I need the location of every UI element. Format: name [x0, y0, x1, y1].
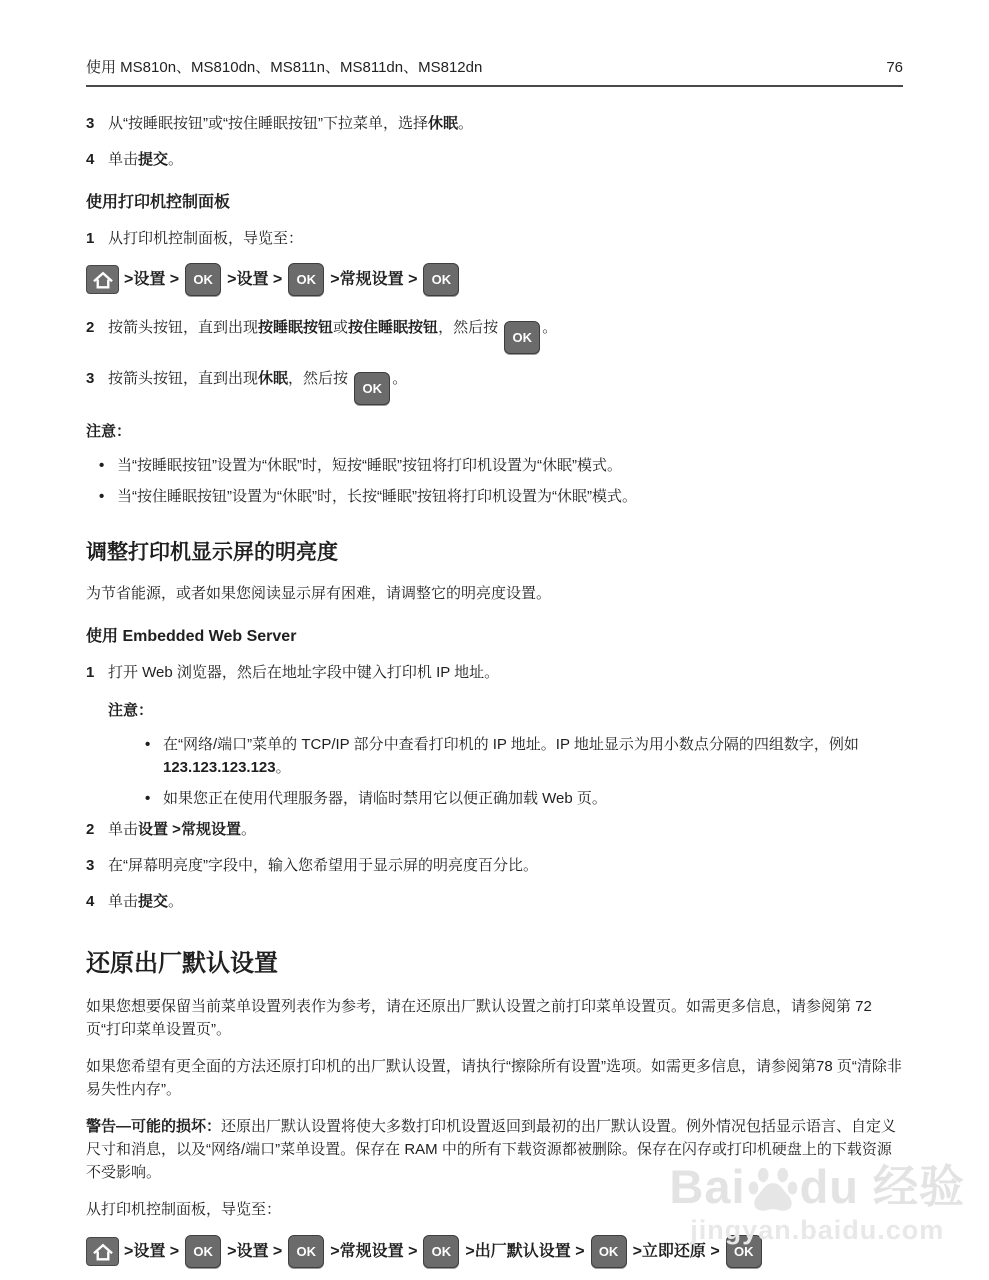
bullet-text: 当“按住睡眠按钮”设置为“休眠”时，长按“睡眠”按钮将打印机设置为“休眠”模式。: [117, 485, 637, 508]
home-icon: [86, 1237, 119, 1266]
bullet-text: 当“按睡眠按钮”设置为“休眠”时，短按“睡眠”按钮将打印机设置为“休眠”模式。: [117, 454, 622, 477]
body-text: 。: [276, 759, 291, 776]
emphasis-text: 休眠: [258, 370, 288, 387]
body-text: 。: [241, 821, 256, 838]
step-text: 按箭头按钮，直到出现休眠，然后按 OK。: [108, 367, 905, 405]
body-text: 为节省能源，或者如果您阅读显示屏有困难，请调整它的明亮度设置。: [86, 585, 551, 602]
step-number: 1: [86, 227, 108, 250]
emphasis-text: 休眠: [428, 115, 458, 132]
manual-page: 使用 MS810n、MS810dn、MS811n、MS811dn、MS812dn…: [0, 0, 989, 1280]
step: 1打开 Web 浏览器，然后在地址字段中键入打印机 IP 地址。: [86, 661, 905, 684]
step-number: 4: [86, 890, 108, 913]
body-text: 。: [392, 370, 407, 387]
header-title: 使用 MS810n、MS810dn、MS811n、MS811dn、MS812dn: [86, 56, 482, 79]
body-text: 从打印机控制面板，导览至：: [108, 230, 303, 247]
body-text: 。: [458, 115, 473, 132]
ok-button-icon: OK: [185, 1235, 221, 1268]
ok-button-icon: OK: [591, 1235, 627, 1268]
bullet-item: •当“按睡眠按钮”设置为“休眠”时，短按“睡眠”按钮将打印机设置为“休眠”模式。: [86, 454, 905, 477]
step-text: 在“屏幕明亮度”字段中，输入您希望用于显示屏的明亮度百分比。: [108, 854, 905, 877]
step-number: 3: [86, 112, 108, 135]
step-text: 打开 Web 浏览器，然后在地址字段中键入打印机 IP 地址。: [108, 661, 905, 684]
body-text: 从“按睡眠按钮”或“按住睡眠按钮”下拉菜单，选择: [108, 115, 428, 132]
bullet-icon: •: [99, 454, 117, 477]
step: 3按箭头按钮，直到出现休眠，然后按 OK。: [86, 367, 905, 405]
step-text: 按箭头按钮，直到出现按睡眠按钮或按住睡眠按钮，然后按 OK。: [108, 316, 905, 354]
emphasis-text: 按住睡眠按钮: [348, 319, 438, 336]
bullet-text: 在“网络/端口”菜单的 TCP/IP 部分中查看打印机的 IP 地址。IP 地址…: [163, 733, 905, 779]
watermark-url: jingyan.baidu.com: [669, 1212, 965, 1248]
body-text: 打开 Web 浏览器，然后在地址字段中键入打印机 IP 地址。: [108, 664, 499, 681]
step: 3在“屏幕明亮度”字段中，输入您希望用于显示屏的明亮度百分比。: [86, 854, 905, 877]
body-text: ，然后按: [288, 370, 352, 387]
body-text: 如果您想要保留当前菜单设置列表作为参考，请在还原出厂默认设置之前打印菜单设置页。…: [86, 998, 872, 1038]
body-text: 如果您正在使用代理服务器，请临时禁用它以便正确加载 Web 页。: [163, 790, 607, 807]
subsection-heading: 使用 Embedded Web Server: [86, 625, 905, 648]
body-text: 在“网络/端口”菜单的 TCP/IP 部分中查看打印机的 IP 地址。IP 地址…: [163, 736, 859, 753]
section-heading: 调整打印机显示屏的明亮度: [86, 538, 905, 568]
step-number: 3: [86, 854, 108, 877]
step-text: 从打印机控制面板，导览至：: [108, 227, 905, 250]
ok-button-icon: OK: [423, 263, 459, 296]
bullet-item: •当“按住睡眠按钮”设置为“休眠”时，长按“睡眠”按钮将打印机设置为“休眠”模式…: [86, 485, 905, 508]
baidu-logo: Bai du 经验: [669, 1162, 965, 1212]
step-text: 单击提交。: [108, 890, 905, 913]
bullet-item: •如果您正在使用代理服务器，请临时禁用它以便正确加载 Web 页。: [86, 787, 905, 810]
control-panel-path: >设置 >OK>设置 >OK>常规设置 >OK: [86, 263, 905, 296]
body-text: 。: [542, 319, 557, 336]
baidu-logo-text-bai: Bai: [669, 1162, 745, 1212]
home-icon: [86, 265, 119, 294]
body-text: 按箭头按钮，直到出现: [108, 370, 258, 387]
baidu-watermark: Bai du 经验 jingyan.baidu.com: [669, 1162, 965, 1248]
ok-button-icon: OK: [354, 372, 390, 405]
page-number: 76: [886, 56, 903, 79]
ok-button-icon: OK: [185, 263, 221, 296]
notes-label: 注意：: [86, 420, 905, 443]
emphasis-text: 设置 >常规设置: [138, 821, 241, 838]
subsection-heading: 使用打印机控制面板: [86, 191, 905, 214]
notes-label: 注意：: [108, 699, 905, 722]
path-segment: >常规设置 >: [330, 1240, 417, 1263]
step-number: 3: [86, 367, 108, 405]
baidu-logo-text-du: du: [800, 1162, 859, 1212]
paragraph: 如果您想要保留当前菜单设置列表作为参考，请在还原出厂默认设置之前打印菜单设置页。…: [86, 995, 905, 1041]
body-text: 在“屏幕明亮度”字段中，输入您希望用于显示屏的明亮度百分比。: [108, 857, 538, 874]
path-segment: >设置 >: [124, 1240, 179, 1263]
document-body: 3从“按睡眠按钮”或“按住睡眠按钮”下拉菜单，选择休眠。4单击提交。使用打印机控…: [86, 112, 905, 1280]
path-segment: >设置 >: [124, 268, 179, 291]
emphasis-text: 123.123.123.123: [163, 759, 276, 776]
body-text: 按箭头按钮，直到出现: [108, 319, 258, 336]
path-segment: >出厂默认设置 >: [465, 1240, 584, 1263]
body-text: 单击: [108, 151, 138, 168]
step-text: 单击设置 >常规设置。: [108, 818, 905, 841]
ok-button-icon: OK: [423, 1235, 459, 1268]
path-segment: >常规设置 >: [330, 268, 417, 291]
body-text: 当“按睡眠按钮”设置为“休眠”时，短按“睡眠”按钮将打印机设置为“休眠”模式。: [117, 457, 622, 474]
bullet-icon: •: [145, 733, 163, 779]
bullet-icon: •: [145, 787, 163, 810]
body-text: 。: [168, 893, 183, 910]
path-segment: >设置 >: [227, 1240, 282, 1263]
step: 2按箭头按钮，直到出现按睡眠按钮或按住睡眠按钮，然后按 OK。: [86, 316, 905, 354]
step: 1从打印机控制面板，导览至：: [86, 227, 905, 250]
emphasis-text: 提交: [138, 151, 168, 168]
body-text: 或: [333, 319, 348, 336]
step: 2单击设置 >常规设置。: [86, 818, 905, 841]
ok-button-icon: OK: [288, 263, 324, 296]
bullet-text: 如果您正在使用代理服务器，请临时禁用它以便正确加载 Web 页。: [163, 787, 607, 810]
body-text: 单击: [108, 821, 138, 838]
step-number: 4: [86, 148, 108, 171]
body-text: ，然后按: [438, 319, 502, 336]
body-text: 单击: [108, 893, 138, 910]
paragraph: 为节省能源，或者如果您阅读显示屏有困难，请调整它的明亮度设置。: [86, 582, 905, 605]
ok-button-icon: OK: [504, 321, 540, 354]
emphasis-text: 按睡眠按钮: [258, 319, 333, 336]
step-text: 从“按睡眠按钮”或“按住睡眠按钮”下拉菜单，选择休眠。: [108, 112, 905, 135]
body-text: 当“按住睡眠按钮”设置为“休眠”时，长按“睡眠”按钮将打印机设置为“休眠”模式。: [117, 488, 637, 505]
step-number: 2: [86, 818, 108, 841]
emphasis-text: 提交: [138, 893, 168, 910]
path-segment: >设置 >: [227, 268, 282, 291]
step-text: 单击提交。: [108, 148, 905, 171]
bullet-icon: •: [99, 485, 117, 508]
step: 4单击提交。: [86, 890, 905, 913]
body-text: 如果您希望有更全面的方法还原打印机的出厂默认设置，请执行“擦除所有设置”选项。如…: [86, 1058, 902, 1098]
step-number: 2: [86, 316, 108, 354]
page-header: 使用 MS810n、MS810dn、MS811n、MS811dn、MS812dn…: [86, 56, 903, 87]
emphasis-text: 警告—可能的损坏：: [86, 1118, 221, 1135]
paw-icon: [747, 1162, 799, 1214]
bullet-item: •在“网络/端口”菜单的 TCP/IP 部分中查看打印机的 IP 地址。IP 地…: [86, 733, 905, 779]
ok-button-icon: OK: [288, 1235, 324, 1268]
section-heading: 还原出厂默认设置: [86, 947, 905, 981]
step: 4单击提交。: [86, 148, 905, 171]
paragraph: 如果您希望有更全面的方法还原打印机的出厂默认设置，请执行“擦除所有设置”选项。如…: [86, 1055, 905, 1101]
body-text: 。: [168, 151, 183, 168]
step: 3从“按睡眠按钮”或“按住睡眠按钮”下拉菜单，选择休眠。: [86, 112, 905, 135]
step-number: 1: [86, 661, 108, 684]
baidu-logo-text-jingyan: 经验: [873, 1162, 965, 1212]
body-text: 从打印机控制面板，导览至：: [86, 1201, 281, 1218]
